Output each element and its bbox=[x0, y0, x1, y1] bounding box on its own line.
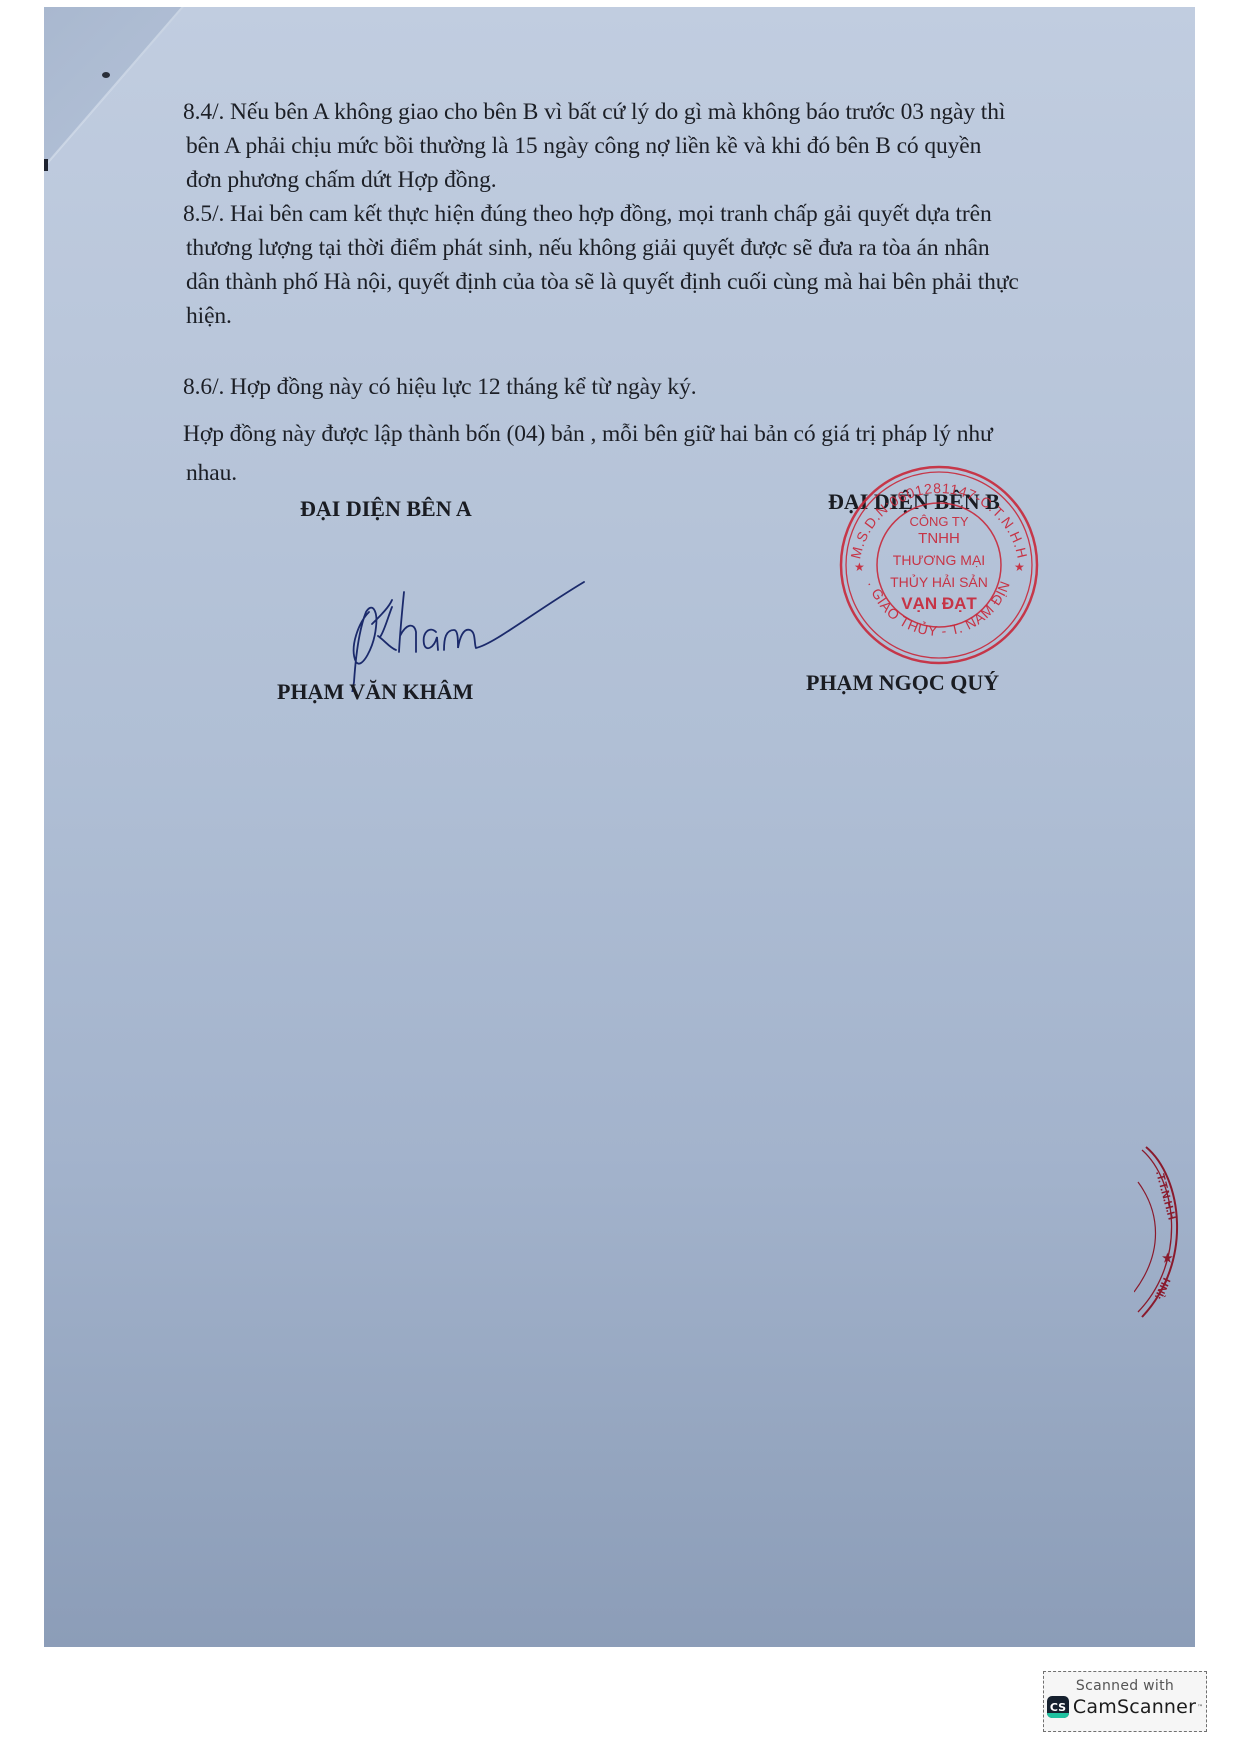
camscanner-brand: CamScanner bbox=[1073, 1696, 1196, 1718]
corner-shadow bbox=[44, 159, 48, 171]
clause-8-4: 8.4/. Nếu bên A không giao cho bên B vì … bbox=[183, 95, 1005, 197]
clause-8-4-line: bên A phải chịu mức bồi thường là 15 ngà… bbox=[186, 129, 1005, 163]
party-b-name: PHẠM NGỌC QUÝ bbox=[806, 670, 999, 696]
edge-seal-stamp: .T.T.N.H.H ★ HNÌ: bbox=[1134, 1142, 1195, 1322]
clause-8-5-line: dân thành phố Hà nội, quyết định của tòa… bbox=[186, 265, 1019, 299]
clause-8-6-line: 8.6/. Hợp đồng này có hiệu lực 12 tháng … bbox=[183, 370, 697, 404]
clause-8-5-line: 8.5/. Hai bên cam kết thực hiện đúng the… bbox=[183, 197, 1019, 231]
trademark-symbol: ™ bbox=[1197, 1704, 1203, 1711]
svg-text:★: ★ bbox=[1162, 1251, 1173, 1265]
clause-8-6: 8.6/. Hợp đồng này có hiệu lực 12 tháng … bbox=[183, 370, 697, 404]
svg-text:THƯƠNG MẠI: THƯƠNG MẠI bbox=[893, 552, 985, 568]
svg-text:★: ★ bbox=[1014, 560, 1025, 574]
scanned-page: 8.4/. Nếu bên A không giao cho bên B vì … bbox=[44, 7, 1195, 1647]
closing-line: Hợp đồng này được lập thành bốn (04) bản… bbox=[183, 415, 993, 454]
svg-text:★: ★ bbox=[854, 560, 865, 574]
party-a-heading: ĐẠI DIỆN BÊN A bbox=[300, 496, 472, 522]
staple-mark bbox=[102, 72, 110, 78]
camscanner-watermark: Scanned with CS CamScanner™ bbox=[1043, 1671, 1207, 1732]
svg-text:VẠN ĐẠT: VẠN ĐẠT bbox=[901, 594, 977, 613]
clause-8-5-line: thương lượng tại thời điểm phát sinh, nế… bbox=[186, 231, 1019, 265]
party-a-name: PHẠM VĂN KHÂM bbox=[277, 679, 473, 705]
clause-8-5-line: hiện. bbox=[186, 299, 1019, 333]
clause-8-5: 8.5/. Hai bên cam kết thực hiện đúng the… bbox=[183, 197, 1019, 333]
company-stamp: M.S.D.N:0601281147-C.T.N.H.H H. GIAO THỦ… bbox=[837, 463, 1041, 667]
camscanner-logo-icon: CS bbox=[1047, 1696, 1069, 1718]
party-a-signature bbox=[344, 552, 594, 692]
clause-8-4-line: 8.4/. Nếu bên A không giao cho bên B vì … bbox=[183, 95, 1005, 129]
clause-8-4-line: đơn phương chấm dứt Hợp đồng. bbox=[186, 163, 1005, 197]
svg-text:THỦY HẢI SẢN: THỦY HẢI SẢN bbox=[890, 573, 988, 590]
scanned-with-label: Scanned with bbox=[1044, 1678, 1206, 1694]
svg-text:CÔNG TY: CÔNG TY bbox=[910, 514, 969, 529]
svg-text:TNHH: TNHH bbox=[918, 530, 960, 547]
